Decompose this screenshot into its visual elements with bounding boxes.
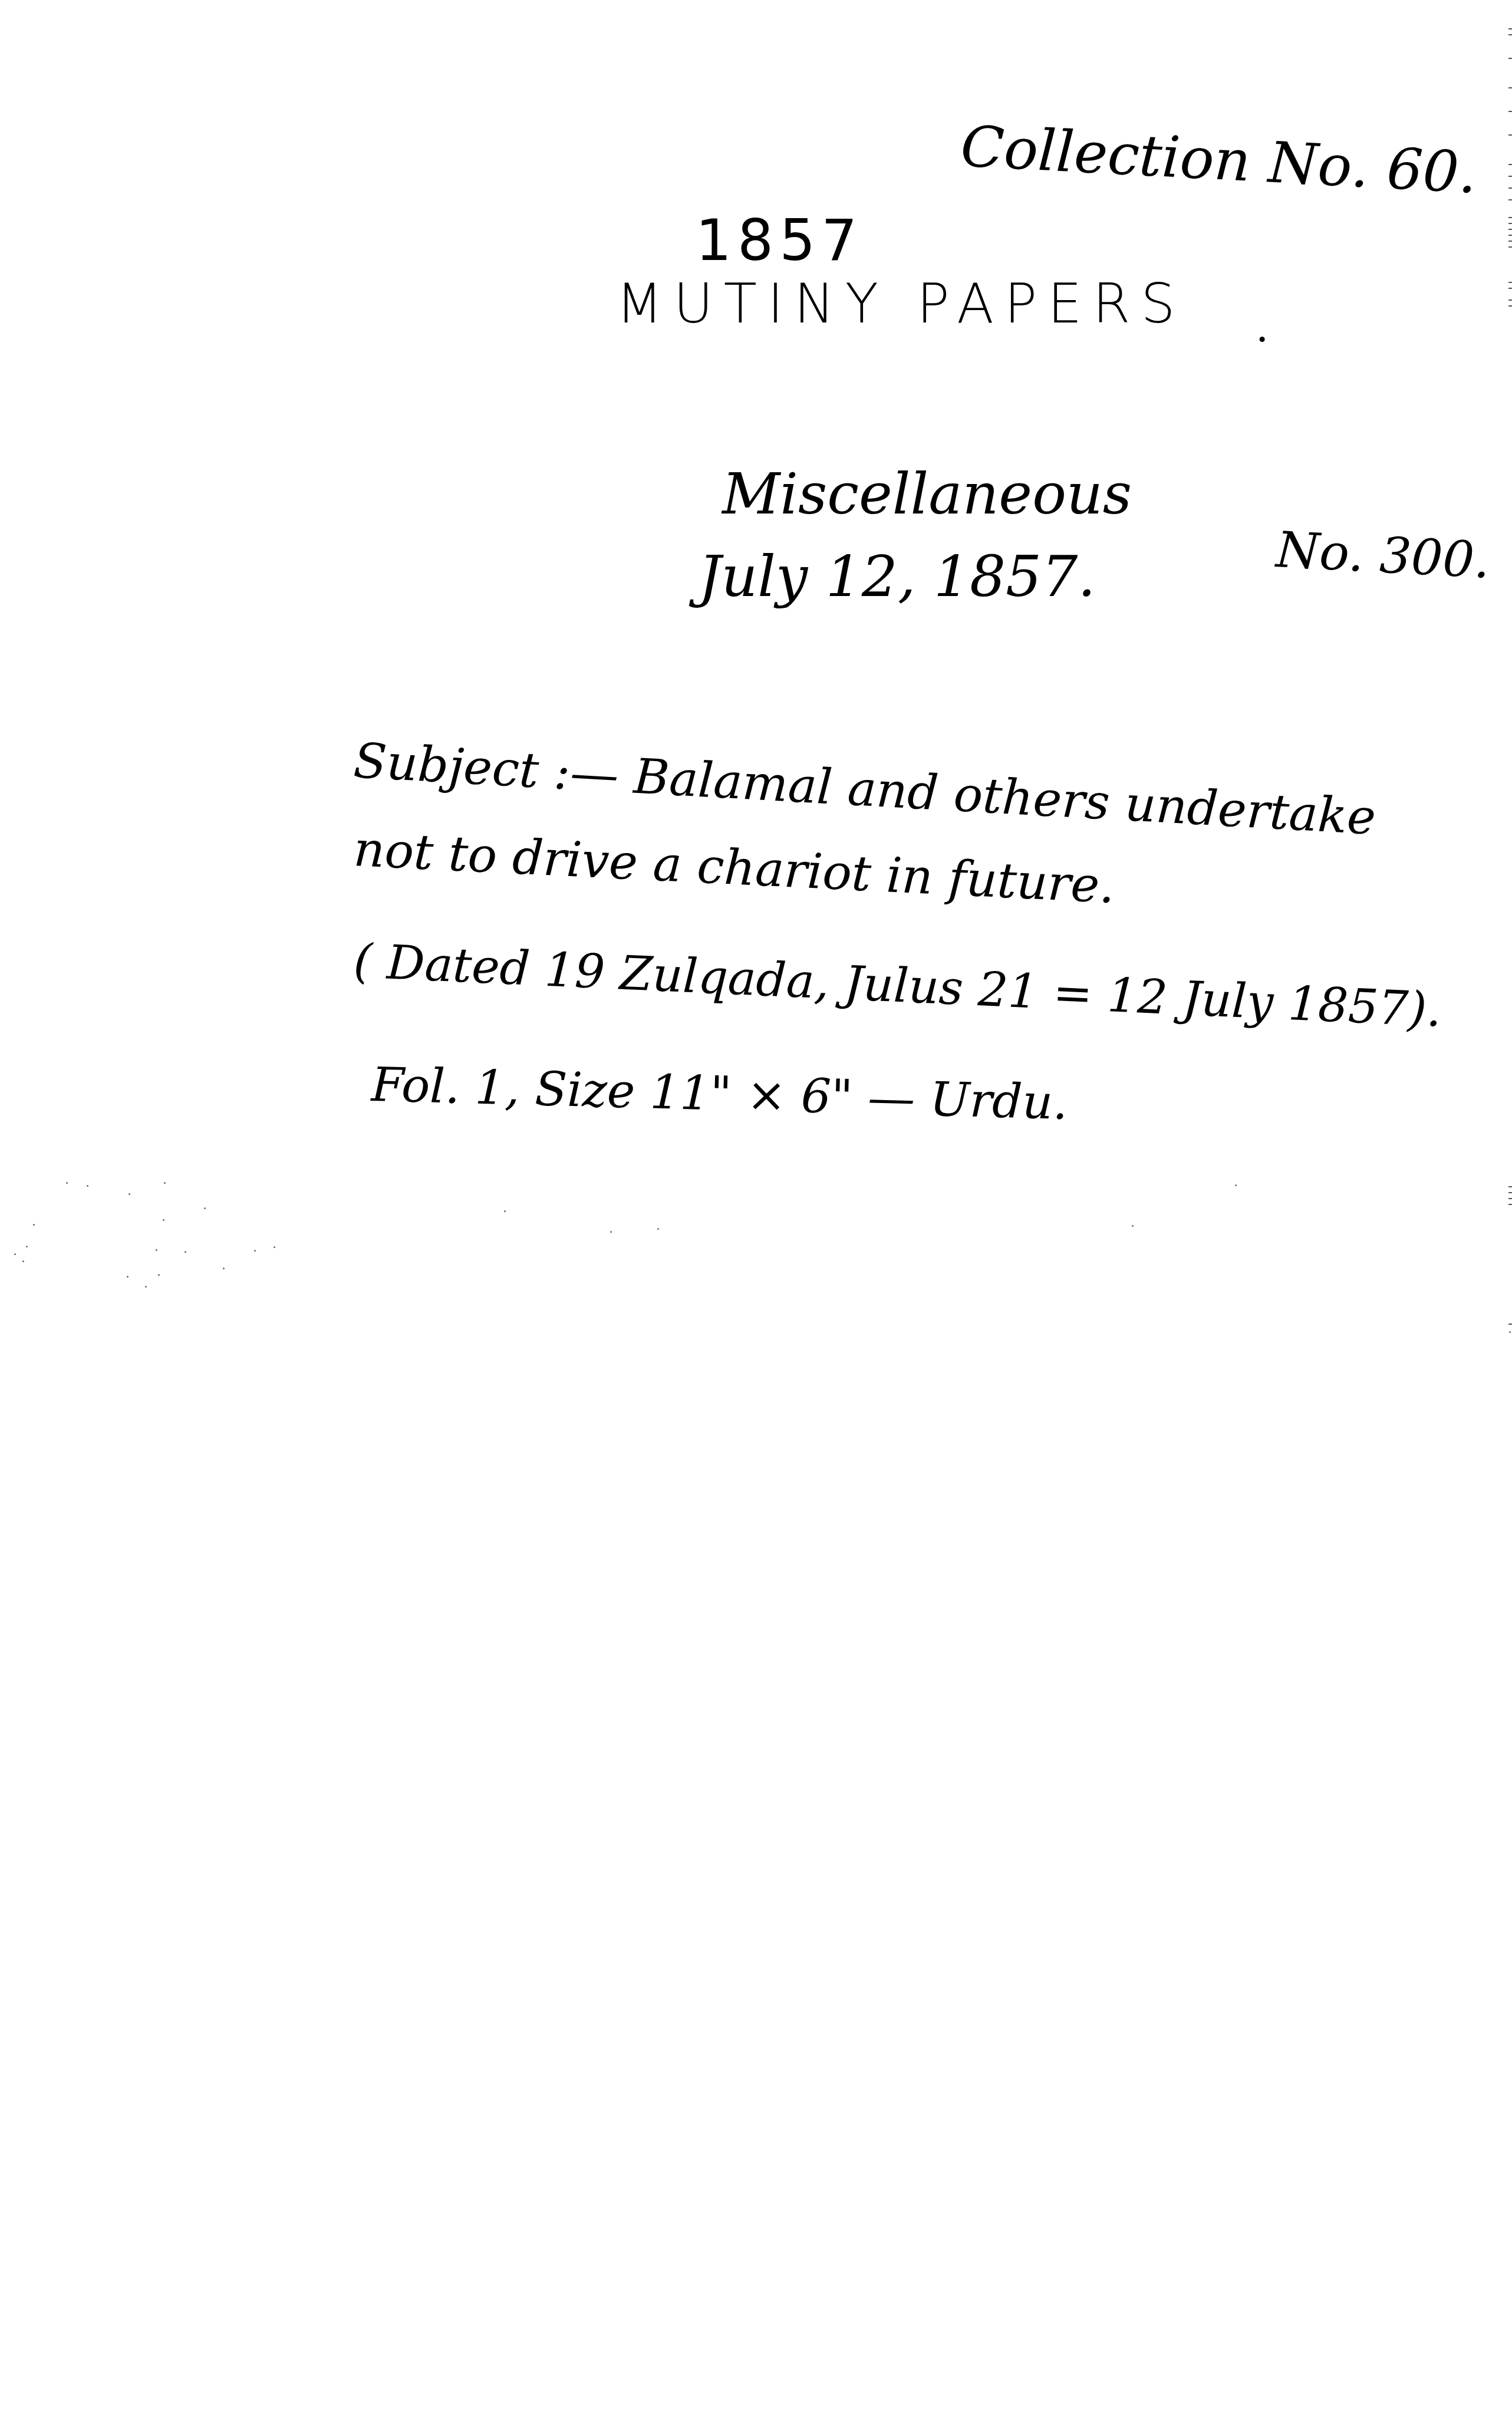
scan-speck	[158, 1274, 160, 1276]
scanned-page: Collection No. 60. 1857 MUTINY PAPERS . …	[0, 0, 1512, 2436]
scan-speck	[504, 1210, 506, 1212]
scan-speck	[274, 1246, 275, 1248]
dated-note: ( Dated 19 Zulqada, Julus 21 = 12 July 1…	[353, 937, 1442, 1034]
collection-number: Collection No. 60.	[959, 118, 1478, 202]
scan-speck	[1509, 1331, 1511, 1333]
scan-speck	[66, 1182, 68, 1184]
scan-speck	[610, 1231, 612, 1233]
subject-line-1: Subject :— Balamal and others undertake	[353, 737, 1377, 842]
scan-speck	[145, 1286, 147, 1288]
scan-speck	[1235, 1184, 1237, 1186]
title-year: 1857	[696, 212, 863, 269]
scan-speck	[87, 1185, 88, 1187]
scan-speck	[1132, 1225, 1134, 1227]
document-title: MUTINY PAPERS	[616, 277, 1186, 331]
scan-speck	[127, 1276, 129, 1278]
scan-speck	[156, 1249, 157, 1251]
scan-speck	[254, 1250, 256, 1252]
stray-dot: .	[1256, 307, 1269, 348]
folio-size-language: Fol. 1, Size 11" × 6" — Urdu.	[371, 1061, 1068, 1127]
scan-speck	[129, 1193, 130, 1195]
document-date: July 12, 1857.	[699, 548, 1096, 605]
scan-speck	[26, 1246, 28, 1247]
scan-speck	[163, 1219, 164, 1221]
scan-speck	[204, 1207, 206, 1209]
scan-edge-marks	[1507, 0, 1512, 1356]
scan-speck	[33, 1224, 35, 1226]
document-number: No. 300.	[1275, 525, 1491, 585]
scan-speck	[223, 1268, 225, 1269]
scan-speck	[164, 1182, 166, 1184]
subject-line-2: not to drive a chariot in future.	[353, 825, 1116, 911]
category-label: Miscellaneous	[722, 466, 1132, 522]
scan-speck	[657, 1228, 659, 1230]
scan-speck	[22, 1260, 24, 1262]
scan-speck	[14, 1253, 16, 1255]
scan-speck	[185, 1251, 186, 1253]
